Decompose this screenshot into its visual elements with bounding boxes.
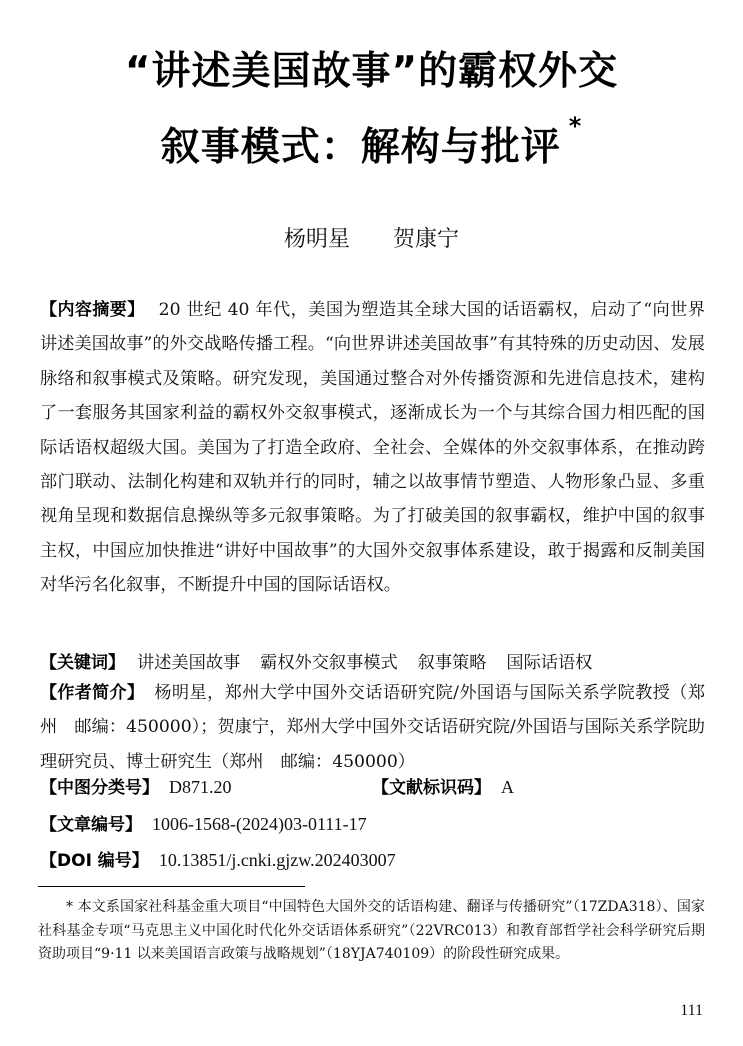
keyword: 讲述美国故事 xyxy=(137,653,240,673)
author-bio-label: 【作者简介】 xyxy=(40,683,144,703)
keyword: 霸权外交叙事模式 xyxy=(260,653,398,673)
article-title-line-1: “讲述美国故事”的霸权外交 xyxy=(0,40,743,96)
abstract-text: 20 世纪 40 年代，美国为塑造其全球大国的话语霸权，启动了“向世界讲述美国故… xyxy=(40,300,705,595)
author-bio-section: 【作者简介】杨明星，郑州大学中国外交话语研究院/外国语与国际关系学院教授（郑州 … xyxy=(40,676,705,779)
author-list: 杨明星 贺康宁 xyxy=(0,222,743,253)
document-code-label: 【文献标识码】 xyxy=(372,778,491,798)
footnote-text: * 本文系国家社科基金重大项目“中国特色大国外交的话语构建、翻译与传播研究”（1… xyxy=(38,899,705,962)
paper-page: “讲述美国故事”的霸权外交 叙事模式：解构与批评* 杨明星 贺康宁 【内容摘要】… xyxy=(0,0,743,1046)
doi-value: 10.13851/j.cnki.gjzw.202403007 xyxy=(159,850,396,870)
abstract-label: 【内容摘要】 xyxy=(40,300,145,320)
abstract-section: 【内容摘要】20 世纪 40 年代，美国为塑造其全球大国的话语霸权，启动了“向世… xyxy=(40,293,705,603)
doi: 【DOI 编号】10.13851/j.cnki.gjzw.202403007 xyxy=(40,846,396,871)
author-name: 杨明星 xyxy=(284,227,350,252)
article-title-line-2: 叙事模式：解构与批评* xyxy=(0,116,743,172)
article-number-label: 【文章编号】 xyxy=(40,815,142,835)
funding-footnote: * 本文系国家社科基金重大项目“中国特色大国外交的话语构建、翻译与传播研究”（1… xyxy=(38,896,705,967)
clc-label: 【中图分类号】 xyxy=(40,778,159,798)
footnote-divider xyxy=(38,886,305,887)
title-text-2: 叙事模式：解构与批评 xyxy=(161,125,561,170)
author-name: 贺康宁 xyxy=(393,227,459,252)
doi-label: 【DOI 编号】 xyxy=(40,851,149,871)
title-text-1: “讲述美国故事”的霸权外交 xyxy=(125,49,618,94)
document-code-value: A xyxy=(501,777,514,797)
clc-value: D871.20 xyxy=(169,777,232,797)
keyword: 国际话语权 xyxy=(506,653,592,673)
clc-number: 【中图分类号】D871.20 xyxy=(40,773,232,798)
article-number: 【文章编号】1006-1568-(2024)03-0111-17 xyxy=(40,810,367,835)
keyword: 叙事策略 xyxy=(418,653,487,673)
page-number: 111 xyxy=(680,1002,703,1020)
title-footnote-mark: * xyxy=(569,112,583,140)
keywords-label: 【关键词】 xyxy=(40,653,125,673)
document-code: 【文献标识码】A xyxy=(372,773,514,798)
article-number-value: 1006-1568-(2024)03-0111-17 xyxy=(152,814,367,834)
